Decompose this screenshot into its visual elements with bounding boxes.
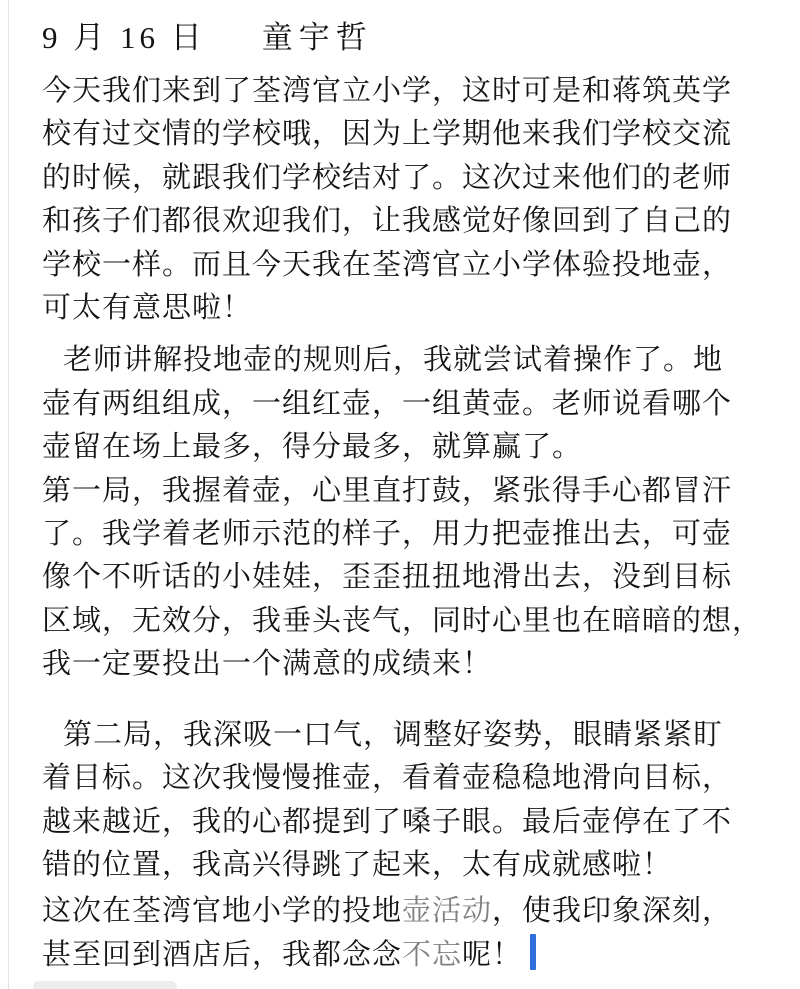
text-segment: 这次在荃湾官地小学的投地 (42, 895, 402, 927)
text-segment: 错的位置，我高兴得跳了起来，太有成就感啦！ (42, 849, 672, 881)
text-line: 今天我们来到了荃湾官立小学，这时可是和蒋筑英学 (42, 70, 776, 113)
document-body[interactable]: 今天我们来到了荃湾官立小学，这时可是和蒋筑英学校有过交情的学校哦，因为上学期他来… (42, 70, 776, 977)
author-name: 童宇哲 (262, 16, 373, 60)
text-cursor (530, 934, 536, 970)
paragraph: 第二局，我深吸一口气，调整好姿势，眼睛紧紧盯着目标。这次我慢慢推壶，看着壶稳稳地… (42, 714, 776, 888)
text-line: 壶留在场上最多，得分最多，就算赢了。 (42, 426, 776, 469)
text-line: 了。我学着老师示范的样子，用力把壶推出去，可壶 (42, 513, 776, 556)
text-segment: 区域，无效分，我垂头丧气，同时心里也在暗暗的想， (42, 605, 762, 637)
text-segment: 壶留在场上最多，得分最多，就算赢了。 (42, 431, 582, 463)
text-segment: 第一局，我握着壶，心里直打鼓，紧张得手心都冒汗 (42, 475, 732, 507)
text-segment: 和孩子们都很欢迎我们，让我感觉好像回到了自己的 (42, 205, 732, 237)
text-segment: 老师讲解投地壶的规则后，我就尝试着操作了。地 (63, 344, 723, 376)
text-line: 的时候，就跟我们学校结对了。这次过来他们的老师 (42, 157, 776, 200)
text-line: 可太有意思啦！ (42, 287, 776, 330)
gray-text-segment: 壶活动 (402, 895, 492, 927)
text-line: 我一定要投出一个满意的成绩来！ (42, 643, 776, 686)
text-line: 错的位置，我高兴得跳了起来，太有成就感啦！ (42, 844, 776, 887)
text-line: 这次在荃湾官地小学的投地壶活动，使我印象深刻， (42, 890, 776, 933)
text-line: 第二局，我深吸一口气，调整好姿势，眼睛紧紧盯 (42, 714, 776, 757)
text-line: 着目标。这次我慢慢推壶，看着壶稳稳地滑向目标， (42, 757, 776, 800)
text-segment: 壶有两组组成，一组红壶，一组黄壶。老师说看哪个 (42, 388, 732, 420)
text-segment: 呢！ (462, 939, 522, 971)
gray-text-segment: 不忘 (402, 939, 462, 971)
paragraph: 老师讲解投地壶的规则后，我就尝试着操作了。地壶有两组组成，一组红壶，一组黄壶。老… (42, 339, 776, 469)
page-edge-line (8, 0, 9, 989)
text-segment: 了。我学着老师示范的样子，用力把壶推出去，可壶 (42, 518, 732, 550)
text-line: 和孩子们都很欢迎我们，让我感觉好像回到了自己的 (42, 200, 776, 243)
text-line: 甚至回到酒店后，我都念念不忘呢！ (42, 934, 776, 977)
text-segment: 着目标。这次我慢慢推壶，看着壶稳稳地滑向目标， (42, 762, 732, 794)
paragraph: 这次在荃湾官地小学的投地壶活动，使我印象深刻，甚至回到酒店后，我都念念不忘呢！ (42, 890, 776, 977)
text-line: 学校一样。而且今天我在荃湾官立小学体验投地壶， (42, 244, 776, 287)
text-segment: 今天我们来到了荃湾官立小学，这时可是和蒋筑英学 (42, 75, 732, 107)
text-segment: 的时候，就跟我们学校结对了。这次过来他们的老师 (42, 162, 732, 194)
text-segment: ，使我印象深刻， (492, 895, 732, 927)
text-segment: 甚至回到酒店后，我都念念 (42, 939, 402, 971)
text-line: 校有过交情的学校哦，因为上学期他来我们学校交流 (42, 113, 776, 156)
text-line: 像个不听话的小娃娃，歪歪扭扭地滑出去，没到目标 (42, 556, 776, 599)
text-line: 区域，无效分，我垂头丧气，同时心里也在暗暗的想， (42, 600, 776, 643)
text-segment: 我一定要投出一个满意的成绩来！ (42, 648, 492, 680)
text-segment: 学校一样。而且今天我在荃湾官立小学体验投地壶， (42, 249, 732, 281)
entry-header: 9 月 16 日 童宇哲 (42, 16, 776, 60)
text-segment: 像个不听话的小娃娃，歪歪扭扭地滑出去，没到目标 (42, 561, 732, 593)
paragraph: 今天我们来到了荃湾官立小学，这时可是和蒋筑英学校有过交情的学校哦，因为上学期他来… (42, 70, 776, 330)
text-segment: 校有过交情的学校哦，因为上学期他来我们学校交流 (42, 118, 732, 150)
text-line: 第一局，我握着壶，心里直打鼓，紧张得手心都冒汗 (42, 470, 776, 513)
text-line: 老师讲解投地壶的规则后，我就尝试着操作了。地 (42, 339, 776, 382)
bottom-panel-fragment (33, 981, 177, 989)
text-line: 越来越近，我的心都提到了嗓子眼。最后壶停在了不 (42, 801, 776, 844)
paragraph: 第一局，我握着壶，心里直打鼓，紧张得手心都冒汗了。我学着老师示范的样子，用力把壶… (42, 470, 776, 687)
text-line: 壶有两组组成，一组红壶，一组黄壶。老师说看哪个 (42, 383, 776, 426)
text-segment: 可太有意思啦！ (42, 292, 252, 324)
entry-date: 9 月 16 日 (42, 16, 206, 60)
text-segment: 第二局，我深吸一口气，调整好姿势，眼睛紧紧盯 (63, 719, 723, 751)
diary-entry[interactable]: 9 月 16 日 童宇哲 今天我们来到了荃湾官立小学，这时可是和蒋筑英学校有过交… (42, 16, 776, 977)
text-segment: 越来越近，我的心都提到了嗓子眼。最后壶停在了不 (42, 806, 732, 838)
